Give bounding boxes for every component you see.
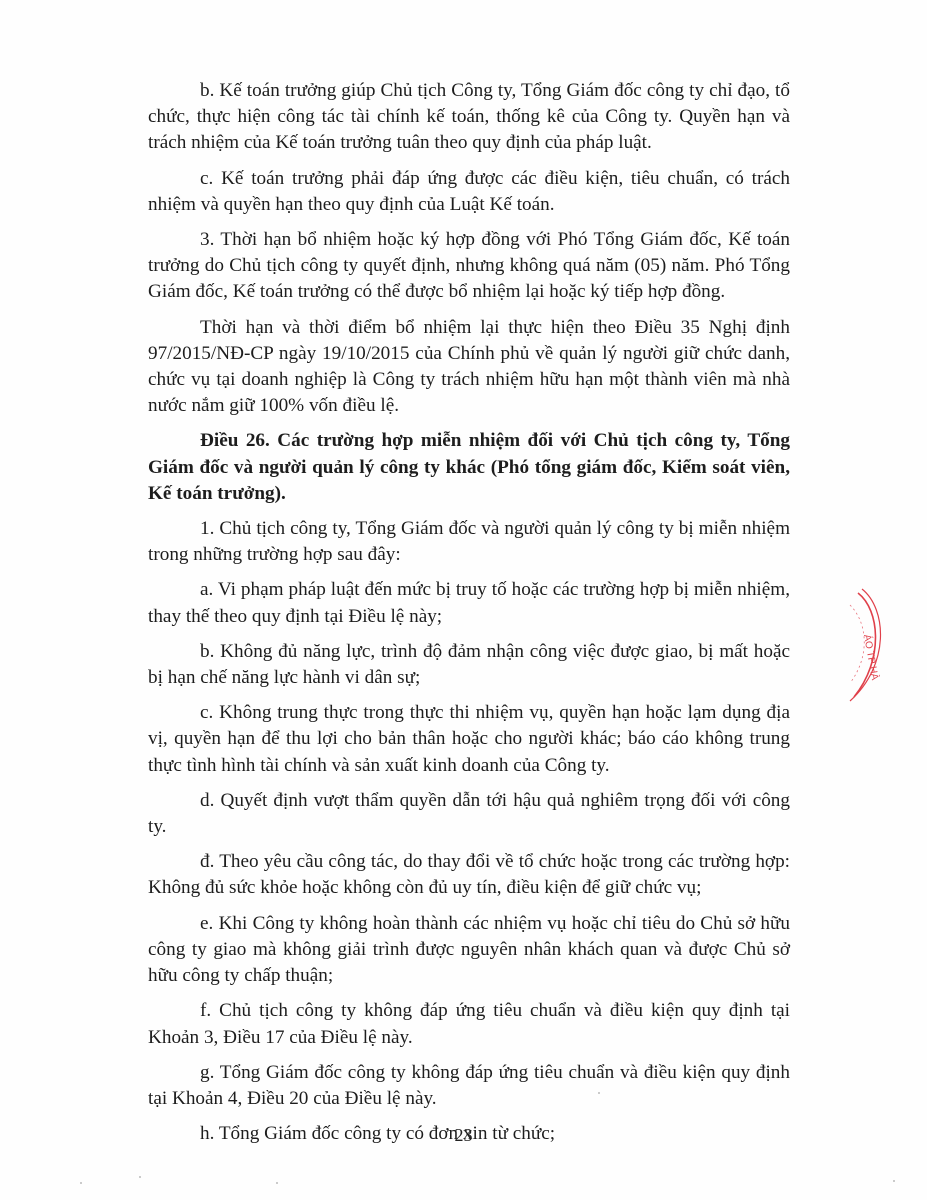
paragraph-1dd: đ. Theo yêu cầu công tác, do thay đổi về… bbox=[148, 849, 790, 901]
scan-speck bbox=[80, 1182, 82, 1184]
svg-text:ÁO TP HÀ: ÁO TP HÀ bbox=[861, 633, 882, 681]
paragraph-1b: b. Không đủ năng lực, trình độ đảm nhận … bbox=[148, 639, 790, 691]
paragraph-1f: f. Chủ tịch công ty không đáp ứng tiêu c… bbox=[148, 998, 790, 1050]
paragraph-1c: c. Không trung thực trong thực thi nhiệm… bbox=[148, 700, 790, 779]
scan-speck bbox=[276, 1182, 278, 1184]
paragraph-2b: b. Kế toán trưởng giúp Chủ tịch Công ty,… bbox=[148, 78, 790, 157]
paragraph-reappointment-term: Thời hạn và thời điểm bổ nhiệm lại thực … bbox=[148, 315, 790, 420]
paragraph-1a: a. Vi phạm pháp luật đến mức bị truy tố … bbox=[148, 577, 790, 629]
scan-speck bbox=[139, 1176, 141, 1178]
paragraph-1g: g. Tổng Giám đốc công ty không đáp ứng t… bbox=[148, 1060, 790, 1112]
paragraph-1e: e. Khi Công ty không hoàn thành các nhiệ… bbox=[148, 911, 790, 990]
article-26-heading: Điều 26. Các trường hợp miễn nhiệm đối v… bbox=[148, 428, 790, 507]
paragraph-3: 3. Thời hạn bổ nhiệm hoặc ký hợp đồng vớ… bbox=[148, 227, 790, 306]
red-seal-stamp-icon: ÁO TP HÀ bbox=[840, 585, 890, 705]
page-number: 23 bbox=[0, 1125, 927, 1146]
scan-speck bbox=[893, 1180, 895, 1182]
paragraph-1: 1. Chủ tịch công ty, Tổng Giám đốc và ng… bbox=[148, 516, 790, 568]
document-page: b. Kế toán trưởng giúp Chủ tịch Công ty,… bbox=[0, 0, 927, 1200]
paragraph-2c: c. Kế toán trưởng phải đáp ứng được các … bbox=[148, 166, 790, 218]
document-body: b. Kế toán trưởng giúp Chủ tịch Công ty,… bbox=[148, 78, 790, 1156]
scan-speck bbox=[598, 1092, 600, 1094]
paragraph-1d: d. Quyết định vượt thẩm quyền dẫn tới hậ… bbox=[148, 788, 790, 840]
